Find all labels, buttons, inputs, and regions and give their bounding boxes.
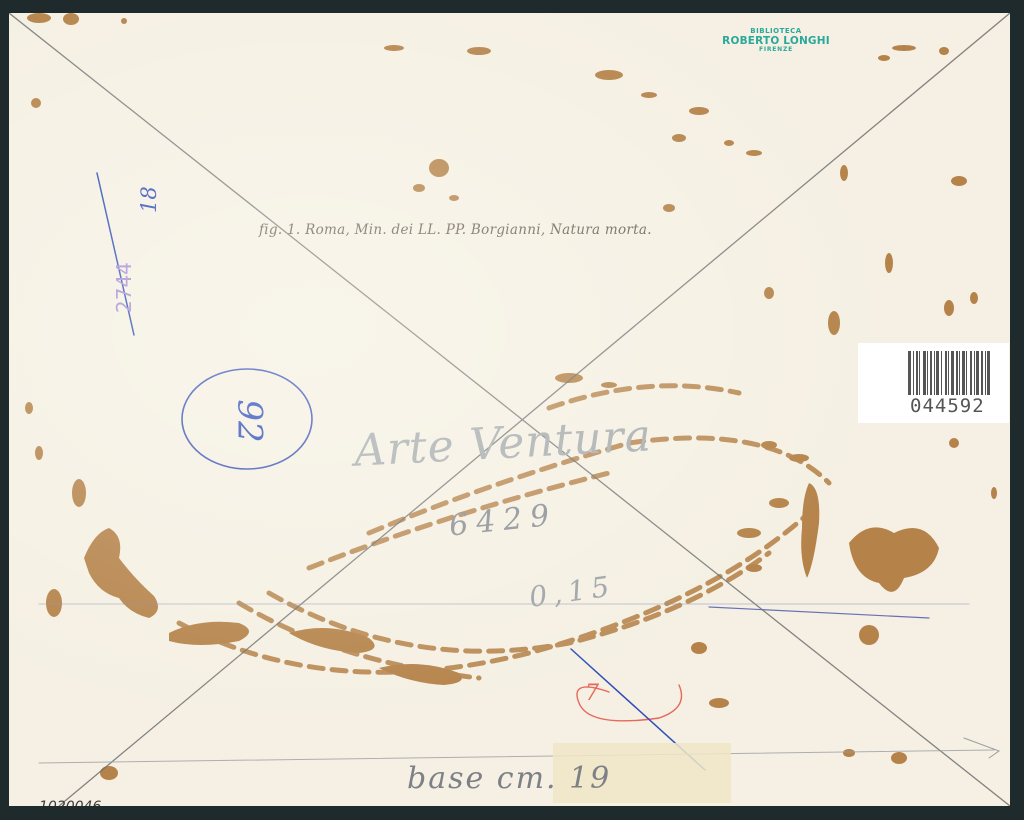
inventory-number-purple: 2744: [112, 262, 136, 313]
catalog-number: 1020046: [39, 799, 101, 806]
red-mark: 7: [585, 681, 599, 706]
bottom-note: base cm. 19: [407, 761, 611, 796]
ink-strokes: [39, 173, 999, 770]
inventory-fraction-blue: 18: [137, 186, 161, 213]
stamp-line-firenze: FIRENZE: [711, 47, 841, 54]
handwritten-caption: fig. 1. Roma, Min. dei LL. PP. Borgianni…: [259, 222, 652, 238]
barcode-number: 044592: [910, 395, 985, 417]
library-stamp: BIBLIOTECA ROBERTO LONGHI FIRENZE: [711, 27, 841, 54]
stamp-line-biblioteca: BIBLIOTECA: [711, 27, 841, 35]
photo-verso-sheet: BIBLIOTECA ROBERTO LONGHI FIRENZE 044592…: [9, 13, 1010, 806]
barcode-label: 044592: [858, 343, 1009, 423]
circled-number: 92: [230, 399, 270, 442]
foxing-stains: [25, 13, 997, 780]
barcode-icon: [908, 351, 1000, 395]
